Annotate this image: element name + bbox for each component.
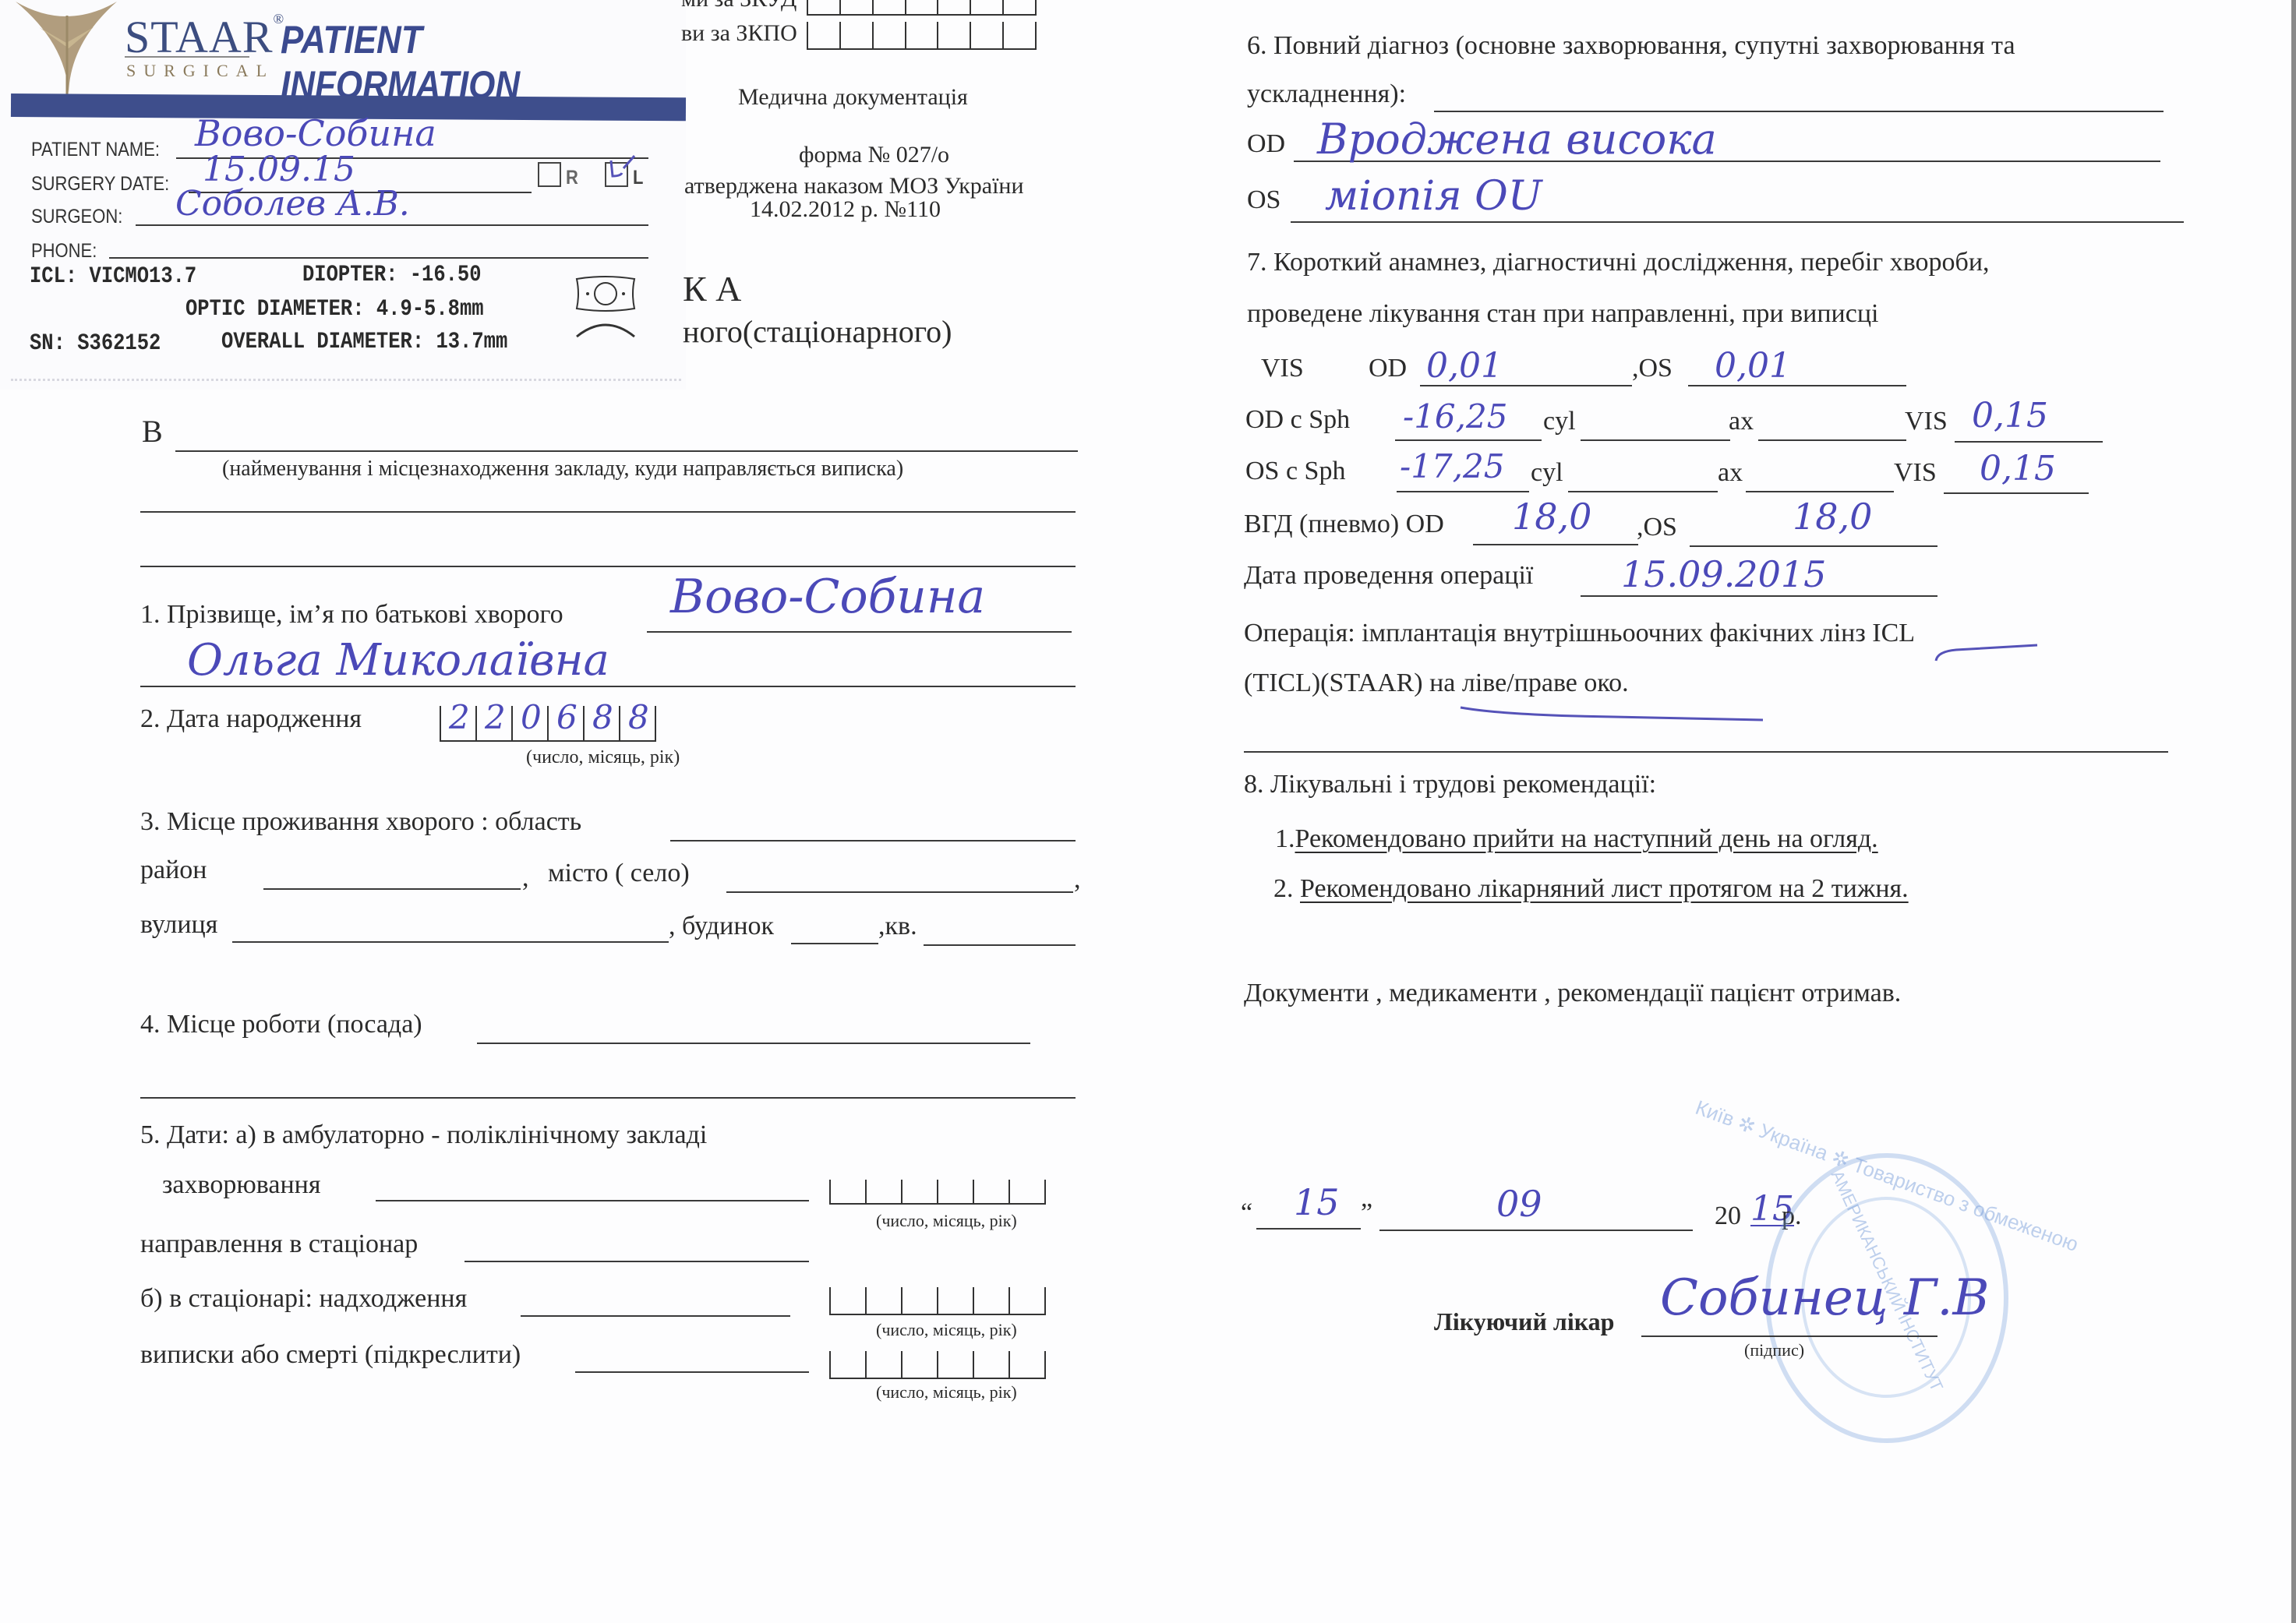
rx-os-sph-line xyxy=(1397,491,1529,492)
dob-digit-cell[interactable]: 2 xyxy=(475,706,511,740)
q7-label-line2: проведене лікування стан при направленні… xyxy=(1247,301,1878,327)
doc-subtitle-fragment: ного(стаціонарного) xyxy=(683,316,952,348)
operation-line1: Операція: імплантація внутрішньоочних фа… xyxy=(1244,620,1915,647)
vis-od-value[interactable]: 0,01 xyxy=(1426,349,1503,383)
dob-digit: 8 xyxy=(628,701,649,734)
q6-label-line2: ускладнення): xyxy=(1247,81,1406,108)
handwritten-underline-eye xyxy=(1457,693,1769,725)
q5-referral-label: направлення в стаціонар xyxy=(140,1231,418,1258)
q3-house-line[interactable] xyxy=(791,943,878,944)
rx-od-cyl-label: cyl xyxy=(1543,408,1576,435)
medical-docs-label: Медична документація xyxy=(738,86,968,109)
q6-label-line1: 6. Повний діагноз (основне захворювання,… xyxy=(1247,33,2015,59)
date-open-quote: “ xyxy=(1241,1200,1252,1226)
to-caption: (найменування і місцезнаходження закладу… xyxy=(222,458,903,480)
staar-logo-icon xyxy=(8,0,125,97)
form-number: форма № 027/о xyxy=(799,143,949,167)
eye-left-checkbox[interactable] xyxy=(605,162,628,187)
to-line-3[interactable] xyxy=(140,566,1076,567)
patient-name-value[interactable]: Вово-Собина xyxy=(195,115,436,151)
iop-os-value[interactable]: 18,0 xyxy=(1793,499,1872,535)
date-digit-cell[interactable] xyxy=(865,1287,901,1314)
q3-label: 3. Місце проживання хворого : область xyxy=(140,809,581,835)
optic-diameter: OPTIC DIAMETER: 4.9-5.8mm xyxy=(185,296,484,323)
q3-district-line[interactable] xyxy=(263,888,521,890)
approved-date: 14.02.2012 р. №110 xyxy=(750,198,941,221)
q3-house-label: , будинок xyxy=(669,913,774,940)
vis-os-value[interactable]: 0,01 xyxy=(1715,349,1791,383)
surgeon-line xyxy=(136,224,648,226)
q5-discharge-caption: (число, місяць, рік) xyxy=(876,1384,1017,1401)
date-month-line xyxy=(1379,1230,1693,1231)
dob-digit-cell[interactable]: 6 xyxy=(547,706,583,740)
sticker-edge xyxy=(11,379,681,381)
date-digit-cell[interactable] xyxy=(973,1180,1008,1203)
eye-right-checkbox[interactable] xyxy=(538,162,561,187)
iop-os-label: ,OS xyxy=(1637,514,1677,541)
date-digit-cell[interactable] xyxy=(901,1351,937,1378)
date-year-prefix: 20 xyxy=(1715,1203,1741,1230)
zkpo-label: ви за ЗКПО xyxy=(681,22,797,45)
q5-admission-label: б) в стаціонарі: надходження xyxy=(140,1286,467,1312)
q3-region-line[interactable] xyxy=(670,840,1076,841)
rx-os-sph[interactable]: -17,25 xyxy=(1400,450,1504,483)
to-label: В xyxy=(142,416,163,447)
dob-digit: 6 xyxy=(556,701,578,734)
date-digit-cell[interactable] xyxy=(937,1287,973,1314)
rx-od-sph-line xyxy=(1395,439,1542,441)
os-diagnosis[interactable]: міопія ОU xyxy=(1325,176,1542,217)
date-day-line xyxy=(1256,1228,1361,1230)
date-digit-cell[interactable] xyxy=(829,1287,865,1314)
os-diag-line xyxy=(1291,221,2184,223)
q3-apt-line[interactable] xyxy=(924,944,1076,946)
q5-disease-line[interactable] xyxy=(376,1200,809,1201)
q5-disease-caption: (число, місяць, рік) xyxy=(876,1212,1017,1230)
date-digit-cell[interactable] xyxy=(901,1180,937,1203)
iop-od-value[interactable]: 18,0 xyxy=(1512,499,1591,535)
rx-od-sph[interactable]: -16,25 xyxy=(1403,400,1507,433)
surgery-date-value[interactable]: 15.09.15 xyxy=(203,153,355,187)
op-date-line xyxy=(1581,595,1937,597)
q5-referral-line[interactable] xyxy=(464,1261,809,1262)
dob-digit: 8 xyxy=(592,701,613,734)
icl-lens-icon xyxy=(572,274,639,344)
date-digit-cell[interactable] xyxy=(973,1351,1008,1378)
surgeon-value[interactable]: Соболев А.В. xyxy=(175,187,410,221)
od-diag-label: OD xyxy=(1247,131,1285,157)
dob-digit: 0 xyxy=(521,701,542,734)
logo-rule xyxy=(125,56,249,58)
q1-value-line2[interactable]: Ольга Миколаївна xyxy=(187,639,609,683)
q5-discharge-date-boxes[interactable] xyxy=(829,1351,1046,1379)
vis-label: VIS xyxy=(1261,355,1304,382)
dob-boxes[interactable]: 220688 xyxy=(440,706,656,742)
doctor-signature[interactable]: Собинец Г.В xyxy=(1660,1273,1990,1323)
received-statement: Документи , медикаменти , рекомендації п… xyxy=(1244,980,1901,1007)
diopter: DIOPTER: -16.50 xyxy=(302,262,482,288)
rx-os-label: OS c Sph xyxy=(1245,458,1345,485)
q5-admission-date-boxes[interactable] xyxy=(829,1287,1046,1315)
eye-left-label: L xyxy=(633,167,643,189)
phone-line xyxy=(109,257,648,259)
eye-right-label: R xyxy=(566,167,578,189)
patient-name-label: PATIENT NAME: xyxy=(31,139,160,161)
q5-label: 5. Дати: а) в амбулаторно - поліклінічно… xyxy=(140,1122,707,1148)
dob-digit-cell[interactable]: 8 xyxy=(619,706,656,740)
q1-line-2 xyxy=(140,686,1076,687)
rx-od-vis-line xyxy=(1955,441,2103,443)
os-diag-label: OS xyxy=(1247,187,1280,213)
patient-info-sticker: STAAR® SURGICAL PATIENT INFORMATION PATI… xyxy=(0,0,686,390)
rx-od-vis-label: VIS xyxy=(1905,408,1948,435)
date-digit-cell[interactable] xyxy=(865,1180,901,1203)
date-digit-cell[interactable] xyxy=(829,1351,865,1378)
scan-edge xyxy=(2291,0,2296,1623)
date-digit-cell[interactable] xyxy=(937,1351,973,1378)
rx-os-vis[interactable]: 0,15 xyxy=(1980,452,2056,486)
q1-line xyxy=(647,631,1072,633)
vis-od-label: OD xyxy=(1369,355,1407,382)
od-diagnosis[interactable]: Вроджена висока xyxy=(1317,118,1717,161)
q3-street-label: вулиця xyxy=(140,912,217,938)
rx-os-vis-label: VIS xyxy=(1894,460,1937,486)
dob-digit-cell[interactable]: 8 xyxy=(583,706,619,740)
rec1: 1.Рекомендовано прийти на наступний день… xyxy=(1275,826,1878,852)
zkpo-boxes xyxy=(807,22,1037,50)
rec2: 2. Рекомендовано лікарняний лист протяго… xyxy=(1273,876,1909,902)
to-line-2[interactable] xyxy=(140,511,1076,513)
q5-disease-label: захворювання xyxy=(162,1172,320,1198)
q3-district-label: район xyxy=(140,857,207,884)
rx-os-ax-line[interactable] xyxy=(1746,491,1894,492)
rx-od-ax-line[interactable] xyxy=(1758,439,1906,441)
icl-model: ICL: VICMO13.7 xyxy=(30,263,196,290)
zkud-label: ми за ЗКУД xyxy=(681,0,797,11)
rx-os-vis-line xyxy=(1944,492,2089,494)
date-digit-cell[interactable] xyxy=(937,1180,973,1203)
date-digit-cell[interactable] xyxy=(901,1287,937,1314)
to-line[interactable] xyxy=(175,450,1078,452)
q8-label: 8. Лікувальні і трудові рекомендації: xyxy=(1244,771,1656,798)
q3-city-line[interactable] xyxy=(726,891,1073,893)
handwritten-underline-icl xyxy=(1933,640,2042,664)
doc-title-fragment: К А xyxy=(683,271,741,307)
q5-discharge-label: виписки або смерті (підкреслити) xyxy=(140,1342,521,1368)
q4-label: 4. Місце роботи (посада) xyxy=(140,1011,422,1038)
rx-od-vis[interactable]: 0,15 xyxy=(1972,399,2048,433)
q4-line[interactable] xyxy=(477,1043,1030,1044)
date-close-quote: ” xyxy=(1361,1200,1372,1226)
q3-city-label: місто ( село) xyxy=(548,860,690,887)
q3-street-line[interactable] xyxy=(232,941,669,943)
q5-disease-date-boxes[interactable] xyxy=(829,1180,1046,1205)
q3-apt-label: ,кв. xyxy=(878,913,917,940)
q5-admission-line[interactable] xyxy=(521,1315,790,1317)
signature-caption: (підпис) xyxy=(1744,1342,1804,1359)
q1-value-line1[interactable]: Вово-Собина xyxy=(670,573,985,620)
q7-line-end[interactable] xyxy=(1244,751,2168,753)
op-date-value[interactable]: 15.09.2015 xyxy=(1621,556,1826,592)
op-date-label: Дата проведення операції xyxy=(1244,563,1533,589)
date-digit-cell[interactable] xyxy=(829,1180,865,1203)
serial-number: SN: S362152 xyxy=(30,330,161,357)
iop-od-label: ВГД (пневмо) OD xyxy=(1244,511,1444,538)
iop-od-line xyxy=(1473,544,1638,545)
zkud-boxes xyxy=(807,0,1037,16)
dob-digit-cell[interactable]: 2 xyxy=(440,706,475,740)
phone-label: PHONE: xyxy=(31,240,97,263)
date-digit-cell[interactable] xyxy=(973,1287,1008,1314)
date-digit-cell[interactable] xyxy=(1008,1180,1046,1203)
dob-digit: 2 xyxy=(449,701,470,734)
date-day[interactable]: 15 xyxy=(1294,1184,1340,1220)
date-month[interactable]: 09 xyxy=(1496,1186,1542,1222)
doctor-label: Лікуючий лікар xyxy=(1434,1309,1614,1334)
surgery-date-label: SURGERY DATE: xyxy=(31,173,169,196)
q4-line-2[interactable] xyxy=(140,1097,1076,1099)
rx-od-label: OD c Sph xyxy=(1245,407,1350,433)
date-digit-cell[interactable] xyxy=(865,1351,901,1378)
rx-os-cyl-label: cyl xyxy=(1531,460,1563,486)
overall-diameter: OVERALL DIAMETER: 13.7mm xyxy=(221,329,507,355)
rx-os-cyl-line[interactable] xyxy=(1568,491,1718,492)
dob-digit: 2 xyxy=(485,701,506,734)
vis-os-label: ,OS xyxy=(1632,355,1673,382)
date-digit-cell[interactable] xyxy=(1008,1351,1046,1378)
q5-admission-caption: (число, місяць, рік) xyxy=(876,1321,1017,1339)
iop-os-line xyxy=(1690,545,1937,547)
rx-os-ax-label: ax xyxy=(1718,460,1743,486)
staar-brand-sub: SURGICAL xyxy=(126,61,274,81)
q7-label-line1: 7. Короткий анамнез, діагностичні дослід… xyxy=(1247,249,1990,276)
approved-by: атверджена наказом МОЗ України xyxy=(684,175,1024,198)
dob-digit-cell[interactable]: 0 xyxy=(511,706,547,740)
doctor-signature-line xyxy=(1641,1335,1937,1337)
q6-line[interactable] xyxy=(1434,111,2164,112)
q5-discharge-line[interactable] xyxy=(575,1371,809,1373)
operation-line2: (TICL)(STAAR) на ліве/праве око. xyxy=(1244,670,1629,697)
date-digit-cell[interactable] xyxy=(1008,1287,1046,1314)
sticker-title: PATIENT INFORMATION xyxy=(281,17,638,108)
q2-label: 2. Дата народження xyxy=(140,706,362,732)
q1-label: 1. Прізвище, ім’я по батькові хворого xyxy=(140,602,563,628)
surgeon-label: SURGEON: xyxy=(31,206,122,228)
rx-od-cyl-line[interactable] xyxy=(1581,439,1730,441)
q2-caption: (число, місяць, рік) xyxy=(526,748,680,767)
rx-od-ax-label: ax xyxy=(1729,408,1754,435)
staar-brand: STAAR® xyxy=(125,11,284,63)
